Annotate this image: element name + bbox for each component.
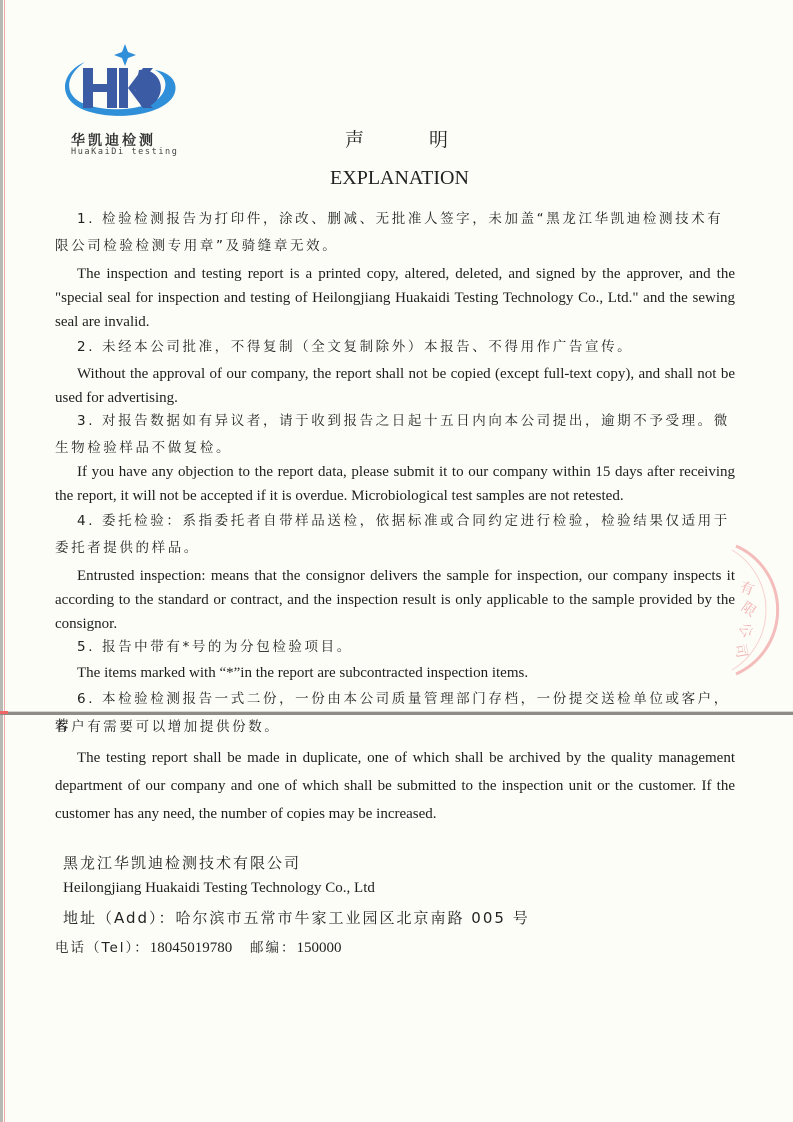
logo-name-en: HuaKaiDi testing (71, 147, 178, 157)
company-logo: 华凯迪检测 HuaKaiDi testing (55, 40, 185, 160)
company-seal-stamp: 有 限 公 司 (728, 540, 793, 680)
clause-4-cn: 4. 委托检验：系指委托者自带样品送检，依据标准或合同约定进行检验，检验结果仅适… (55, 508, 735, 562)
footer-company-cn: 黑龙江华凯迪检测技术有限公司 (63, 850, 301, 877)
clause-5-en: The items marked with “*”in the report a… (55, 661, 735, 685)
page-title-cn: 声明 (345, 125, 448, 152)
clause-3-cn: 3. 对报告数据如有异议者，请于收到报告之日起十五日内向本公司提出，逾期不予受理… (55, 408, 735, 462)
seal-arc-icon: 有 限 公 司 (728, 540, 793, 680)
footer-company-en: Heilongjiang Huakaidi Testing Technology… (63, 880, 375, 897)
postcode-label: 邮编： (250, 940, 297, 956)
clause-2-cn: 2. 未经本公司批准，不得复制（全文复制除外）本报告、不得用作广告宣传。 (55, 334, 735, 361)
clause-3-en: If you have any objection to the report … (55, 460, 735, 508)
page-title-en: EXPLANATION (0, 167, 793, 190)
clause-1-en: The inspection and testing report is a p… (55, 262, 735, 334)
hk-logo-icon (55, 40, 185, 135)
footer-contact: 电话（Tel）：18045019780 邮编：150000 (55, 935, 342, 962)
clause-1-cn: 1. 检验检测报告为打印件，涂改、删减、无批准人签字，未加盖“黑龙江华凯迪检测技… (55, 206, 735, 260)
clause-6-cn-line2: 客户有需要可以增加提供份数。 (55, 714, 735, 741)
svg-text:司: 司 (731, 643, 749, 660)
title-cn-char-2: 明 (429, 125, 448, 152)
scan-fold-line-red (0, 711, 8, 714)
clause-5-cn: 5. 报告中带有*号的为分包检验项目。 (55, 634, 735, 661)
clause-6-en: The testing report shall be made in dupl… (55, 744, 735, 828)
clause-4-en: Entrusted inspection: means that the con… (55, 564, 735, 636)
footer-address: 地址（Add）：哈尔滨市五常市牛家工业园区北京南路 005 号 (63, 905, 530, 932)
svg-text:限: 限 (738, 599, 759, 620)
clause-2-en: Without the approval of our company, the… (55, 362, 735, 410)
postcode-value: 150000 (297, 940, 342, 956)
svg-text:公: 公 (735, 621, 756, 641)
phone-value: 18045019780 (150, 940, 233, 956)
title-cn-char-1: 声 (345, 125, 364, 152)
svg-text:有: 有 (738, 579, 757, 599)
phone-label: 电话（Tel）： (55, 940, 150, 956)
